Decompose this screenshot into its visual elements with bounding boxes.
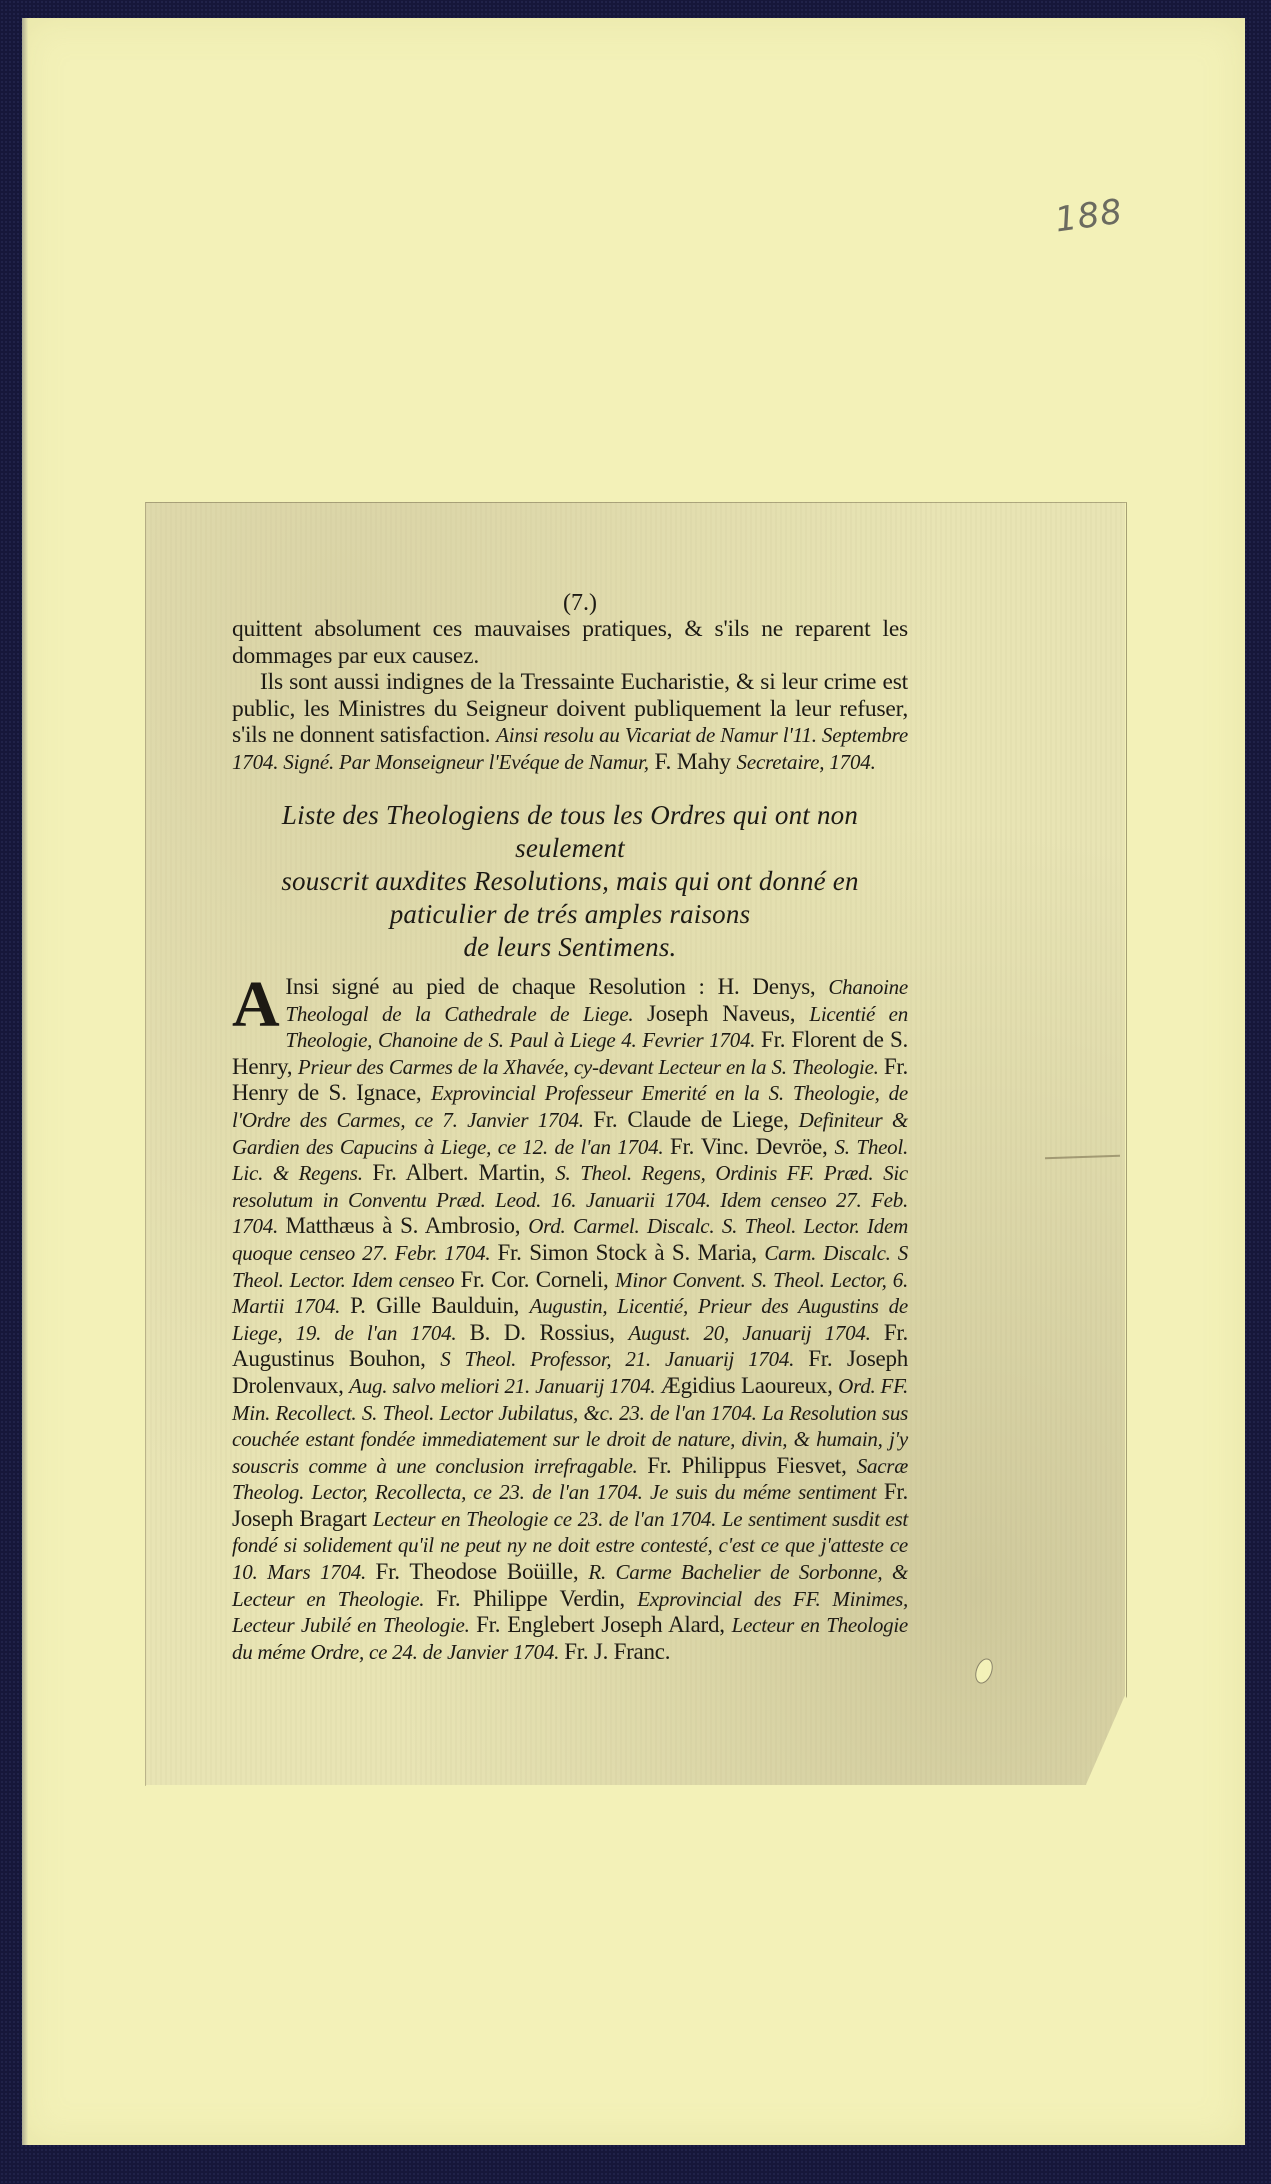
drop-cap: A bbox=[232, 978, 279, 1030]
list-name-run: Fr. Theodose Boüille, bbox=[376, 1559, 589, 1584]
list-name-run: Matthæus à S. Ambrosio, bbox=[285, 1213, 528, 1238]
signatory-list: A Insi signé au pied de chaque Resolutio… bbox=[232, 974, 908, 1665]
paragraph-2: Ils sont aussi indignes de la Tressainte… bbox=[232, 669, 908, 775]
paragraph-2-end: Secretaire, 1704. bbox=[737, 750, 876, 774]
list-name-run: Insi signé au pied de chaque Resolution … bbox=[285, 974, 828, 999]
list-italic-run: Aug. salvo meliori 21. Januarij 1704. bbox=[349, 1374, 660, 1398]
page-number: (7.) bbox=[252, 590, 908, 616]
heading-line: paticulier de trés amples raisons bbox=[232, 898, 908, 931]
list-name-run: Fr. Simon Stock à S. Maria, bbox=[497, 1240, 764, 1265]
list-italic-run: August. 20, Januarij 1704. bbox=[628, 1321, 883, 1345]
list-name-run: Fr. Claude de Liege, bbox=[593, 1107, 798, 1132]
mounting-sheet-edge bbox=[22, 18, 28, 2145]
document-text: (7.) quittent absolument ces mauvaises p… bbox=[232, 590, 908, 1665]
list-name-run: Fr. Vinc. Devröe, bbox=[670, 1134, 835, 1159]
paragraph-2-signature: F. Mahy bbox=[654, 749, 730, 775]
heading-line: Liste des Theologiens de tous les Ordres… bbox=[232, 799, 908, 865]
list-italic-run: S Theol. Professor, 21. Januarij 1704. bbox=[440, 1347, 808, 1371]
list-name-run: Joseph Naveus, bbox=[647, 1001, 809, 1026]
heading-line: souscrit auxdites Resolutions, mais qui … bbox=[232, 865, 908, 898]
list-name-run: Fr. Philippus Fiesvet, bbox=[647, 1453, 857, 1478]
paragraph-1: quittent absolument ces mauvaises pratiq… bbox=[232, 616, 908, 669]
list-name-run: Fr. Philippe Verdin, bbox=[436, 1586, 637, 1611]
heading-line: de leurs Sentimens. bbox=[232, 931, 908, 964]
list-name-run: Fr. Albert. Martin, bbox=[372, 1160, 555, 1185]
list-name-run: P. Gille Baulduin, bbox=[350, 1293, 530, 1318]
list-name-run: Fr. Cor. Corneli, bbox=[460, 1267, 615, 1292]
list-name-run: Fr. Englebert Joseph Alard, bbox=[476, 1612, 732, 1637]
list-name-run: Fr. J. Franc. bbox=[564, 1639, 670, 1664]
list-name-run: Ægidius Laoureux, bbox=[660, 1373, 838, 1398]
section-heading: Liste des Theologiens de tous les Ordres… bbox=[232, 799, 908, 964]
list-name-run: B. D. Rossius, bbox=[470, 1320, 629, 1345]
list-italic-run: Prieur des Carmes de la Xhavée, cy-devan… bbox=[298, 1055, 884, 1079]
